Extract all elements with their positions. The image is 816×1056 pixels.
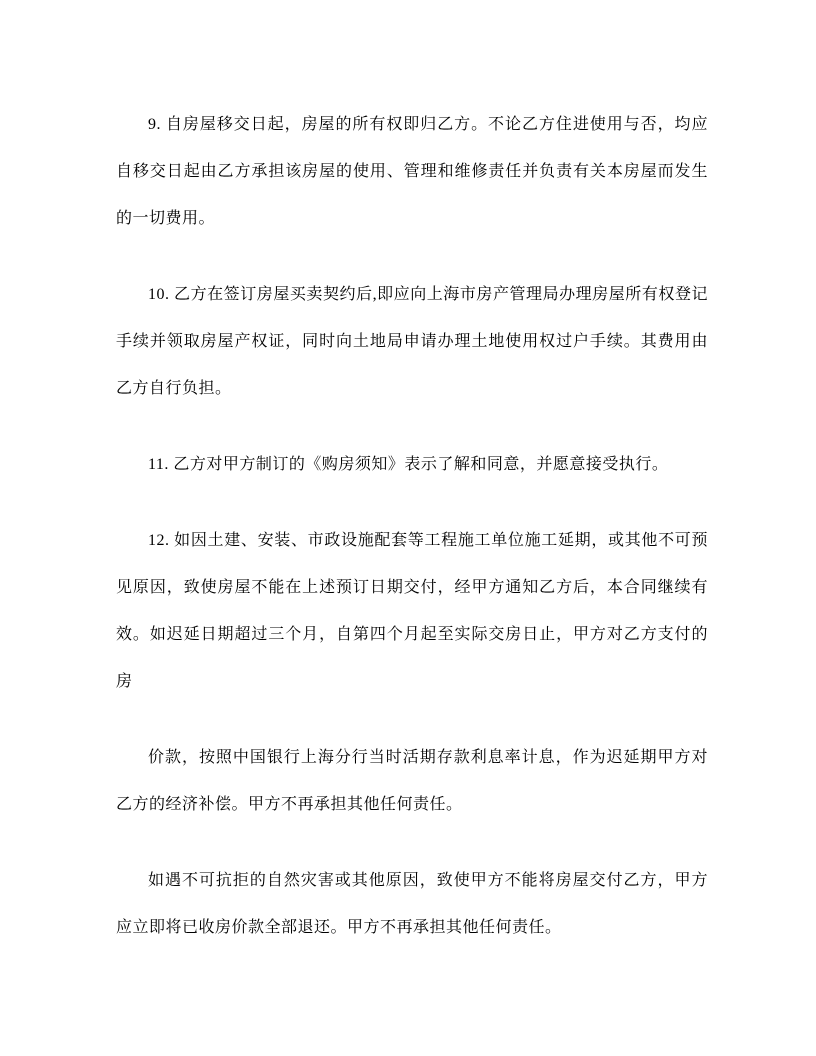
- document-page: 9. 自房屋移交日起，房屋的所有权即归乙方。不论乙方住进使用与否，均应自移交日起…: [0, 0, 816, 1056]
- paragraph-clause-12-continued: 价款，按照中国银行上海分行当时活期存款利息率计息，作为迟延期甲方对乙方的经济补偿…: [116, 734, 708, 828]
- paragraph-force-majeure: 如遇不可抗拒的自然灾害或其他原因，致使甲方不能将房屋交付乙方，甲方应立即将已收房…: [116, 857, 708, 951]
- paragraph-clause-11: 11. 乙方对甲方制订的《购房须知》表示了解和同意，并愿意接受执行。: [116, 441, 708, 488]
- paragraph-clause-9: 9. 自房屋移交日起，房屋的所有权即归乙方。不论乙方住进使用与否，均应自移交日起…: [116, 101, 708, 242]
- contract-body: 9. 自房屋移交日起，房屋的所有权即归乙方。不论乙方住进使用与否，均应自移交日起…: [116, 101, 708, 951]
- paragraph-clause-10: 10. 乙方在签订房屋买卖契约后,即应向上海市房产管理局办理房屋所有权登记手续并…: [116, 271, 708, 412]
- paragraph-clause-12: 12. 如因土建、安装、市政设施配套等工程施工单位施工延期，或其他不可预见原因，…: [116, 517, 708, 705]
